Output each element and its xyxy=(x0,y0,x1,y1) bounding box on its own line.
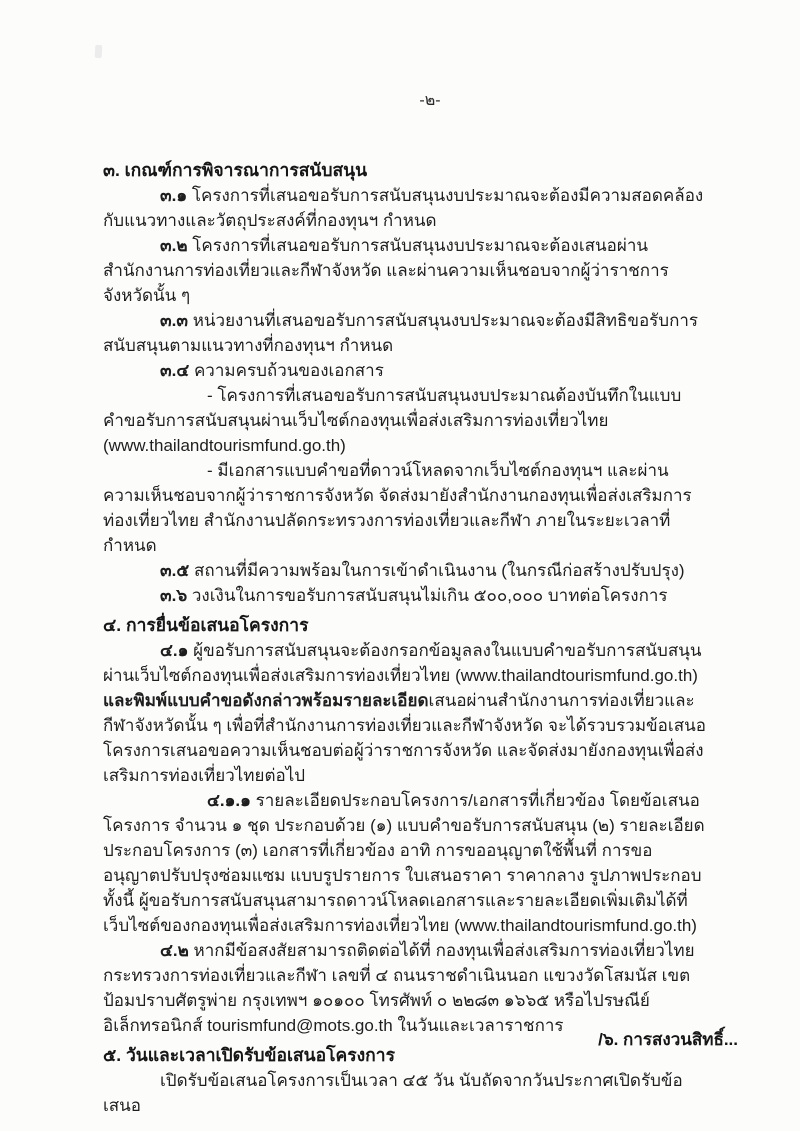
text-run: - มีเอกสารแบบคำขอที่ดาวน์โหลดจากเว็บไซต์… xyxy=(103,461,692,555)
text-run: ความครบถ้วนของเอกสาร xyxy=(194,361,384,380)
paragraph: - มีเอกสารแบบคำขอที่ดาวน์โหลดจากเว็บไซต์… xyxy=(103,458,707,558)
paragraph: เปิดรับข้อเสนอโครงการเป็นเวลา ๔๕ วัน นับ… xyxy=(103,1068,707,1118)
text-run-bold: ๓.๑ xyxy=(160,186,192,205)
paragraph: ๓.๖ วงเงินในการขอรับการสนับสนุนไม่เกิน ๕… xyxy=(103,583,707,608)
page-number: -๒- xyxy=(0,88,800,113)
paragraph: ๓.๕ สถานที่มีความพร้อมในการเข้าดำเนินงาน… xyxy=(103,558,707,583)
text-run: โครงการที่เสนอขอรับการสนับสนุนงบประมาณจะ… xyxy=(103,186,703,230)
text-run-bold: ๓.๖ xyxy=(160,586,192,605)
text-run-bold: ๓.๔ xyxy=(160,361,194,380)
document-page: -๒- ๓. เกณฑ์การพิจารณาการสนับสนุน๓.๑ โคร… xyxy=(0,0,800,1131)
text-run-bold: ๔.๑ xyxy=(160,641,193,660)
paragraph: ๓.๓ หน่วยงานที่เสนอขอรับการสนับสนุนงบประ… xyxy=(103,308,707,358)
text-run-bold: และพิมพ์แบบคำขอดังกล่าวพร้อมรายละเอียด xyxy=(103,691,429,710)
paragraph: ๓.๔ ความครบถ้วนของเอกสาร xyxy=(103,358,707,383)
paragraph: ๔.๑.๑ รายละเอียดประกอบโครงการ/เอกสารที่เ… xyxy=(103,788,707,938)
text-run: สถานที่มีความพร้อมในการเข้าดำเนินงาน (ใน… xyxy=(194,561,685,580)
document-body: ๓. เกณฑ์การพิจารณาการสนับสนุน๓.๑ โครงการ… xyxy=(103,158,707,1118)
paragraph: ๔.๑ ผู้ขอรับการสนับสนุนจะต้องกรอกข้อมูลล… xyxy=(103,638,707,788)
text-run: ผู้ขอรับการสนับสนุนจะต้องกรอกข้อมูลลงในแ… xyxy=(103,641,701,685)
text-run: วงเงินในการขอรับการสนับสนุนไม่เกิน ๕๐๐,๐… xyxy=(192,586,668,605)
staple-mark xyxy=(95,45,103,58)
section-heading: ๔. การยื่นข้อเสนอโครงการ xyxy=(103,613,707,638)
text-run: เปิดรับข้อเสนอโครงการเป็นเวลา ๔๕ วัน นับ… xyxy=(103,1071,683,1115)
text-run-bold: ๓.๒ xyxy=(160,236,192,255)
text-run: - โครงการที่เสนอขอรับการสนับสนุนงบประมาณ… xyxy=(103,386,681,455)
text-run-bold: ๓.๓ xyxy=(160,311,193,330)
text-run-bold: ๔.๑.๑ xyxy=(207,791,256,810)
text-run: หน่วยงานที่เสนอขอรับการสนับสนุนงบประมาณจ… xyxy=(103,311,698,355)
text-run: รายละเอียดประกอบโครงการ/เอกสารที่เกี่ยวข… xyxy=(103,791,705,935)
section-heading: ๓. เกณฑ์การพิจารณาการสนับสนุน xyxy=(103,158,707,183)
paragraph: ๔.๒ หากมีข้อสงสัยสามารถติดต่อได้ที่ กองท… xyxy=(103,938,707,1038)
paragraph: ๓.๑ โครงการที่เสนอขอรับการสนับสนุนงบประม… xyxy=(103,183,707,233)
text-run-bold: ๓.๕ xyxy=(160,561,194,580)
continuation-note: /๖. การสงวนสิทธิ์... xyxy=(598,1026,738,1053)
paragraph: - โครงการที่เสนอขอรับการสนับสนุนงบประมาณ… xyxy=(103,383,707,458)
text-run-bold: ๔.๒ xyxy=(160,941,194,960)
paragraph: ๓.๒ โครงการที่เสนอขอรับการสนับสนุนงบประม… xyxy=(103,233,707,308)
